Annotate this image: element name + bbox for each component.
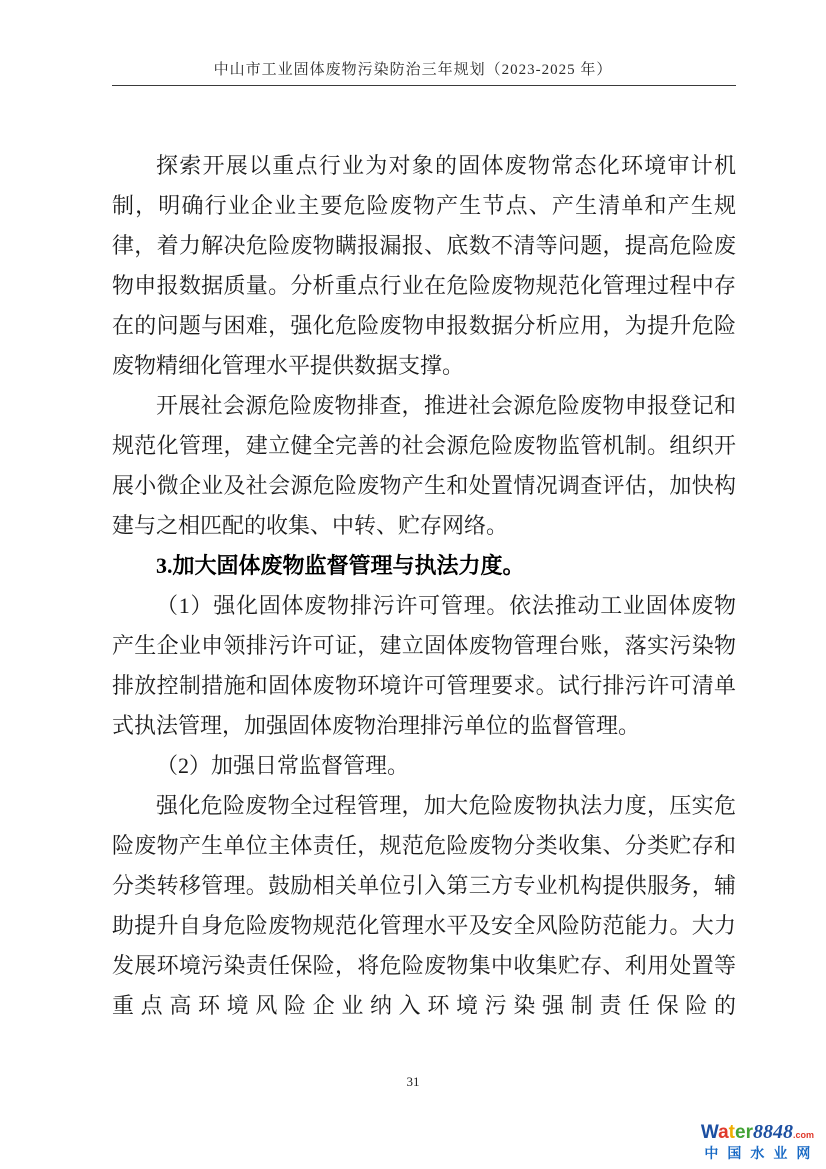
logo-letter: e (735, 1122, 746, 1143)
logo-letter: a (718, 1122, 729, 1143)
paragraph: （1）强化固体废物排污许可管理。依法推动工业固体废物产生企业申领排污许可证，建立… (112, 586, 736, 746)
water8848-logo: Water8848.com 中国水业网 (701, 1121, 814, 1161)
page-number: 31 (0, 1074, 826, 1090)
logo-letter: W (701, 1122, 718, 1143)
paragraph: 开展社会源危险废物排查，推进社会源危险废物申报登记和规范化管理，建立健全完善的社… (112, 386, 736, 546)
logo-word-water: Water (701, 1122, 753, 1143)
header-rule (112, 85, 736, 86)
document-page: 中山市工业固体废物污染防治三年规划（2023-2025 年） 探索开展以重点行业… (0, 0, 826, 1169)
document-body: 探索开展以重点行业为对象的固体废物常态化环境审计机制，明确行业企业主要危险废物产… (112, 146, 736, 1026)
logo-tld: .com (793, 1130, 814, 1140)
header-title: 中山市工业固体废物污染防治三年规划（2023-2025 年） (0, 58, 826, 79)
paragraph: （2）加强日常监督管理。 (112, 746, 736, 786)
paragraph: 强化危险废物全过程管理，加大危险废物执法力度，压实危险废物产生单位主体责任，规范… (112, 786, 736, 1026)
logo-letter: r (746, 1122, 753, 1143)
logo-subtitle: 中国水业网 (701, 1146, 823, 1161)
logo-wordmark: Water8848.com (701, 1121, 814, 1144)
logo-number: 8848 (753, 1121, 793, 1143)
section-heading: 3.加大固体废物监督管理与执法力度。 (112, 546, 736, 586)
paragraph: 探索开展以重点行业为对象的固体废物常态化环境审计机制，明确行业企业主要危险废物产… (112, 146, 736, 386)
